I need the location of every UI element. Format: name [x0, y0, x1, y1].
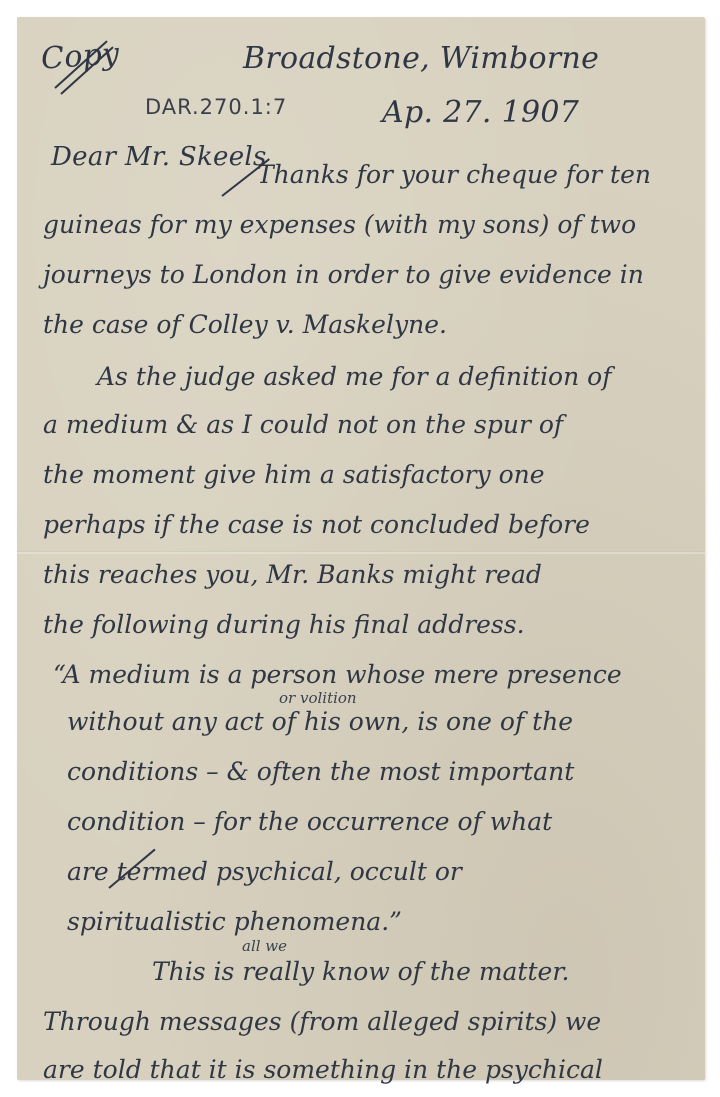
- letter-page-overlay: [17, 17, 705, 1080]
